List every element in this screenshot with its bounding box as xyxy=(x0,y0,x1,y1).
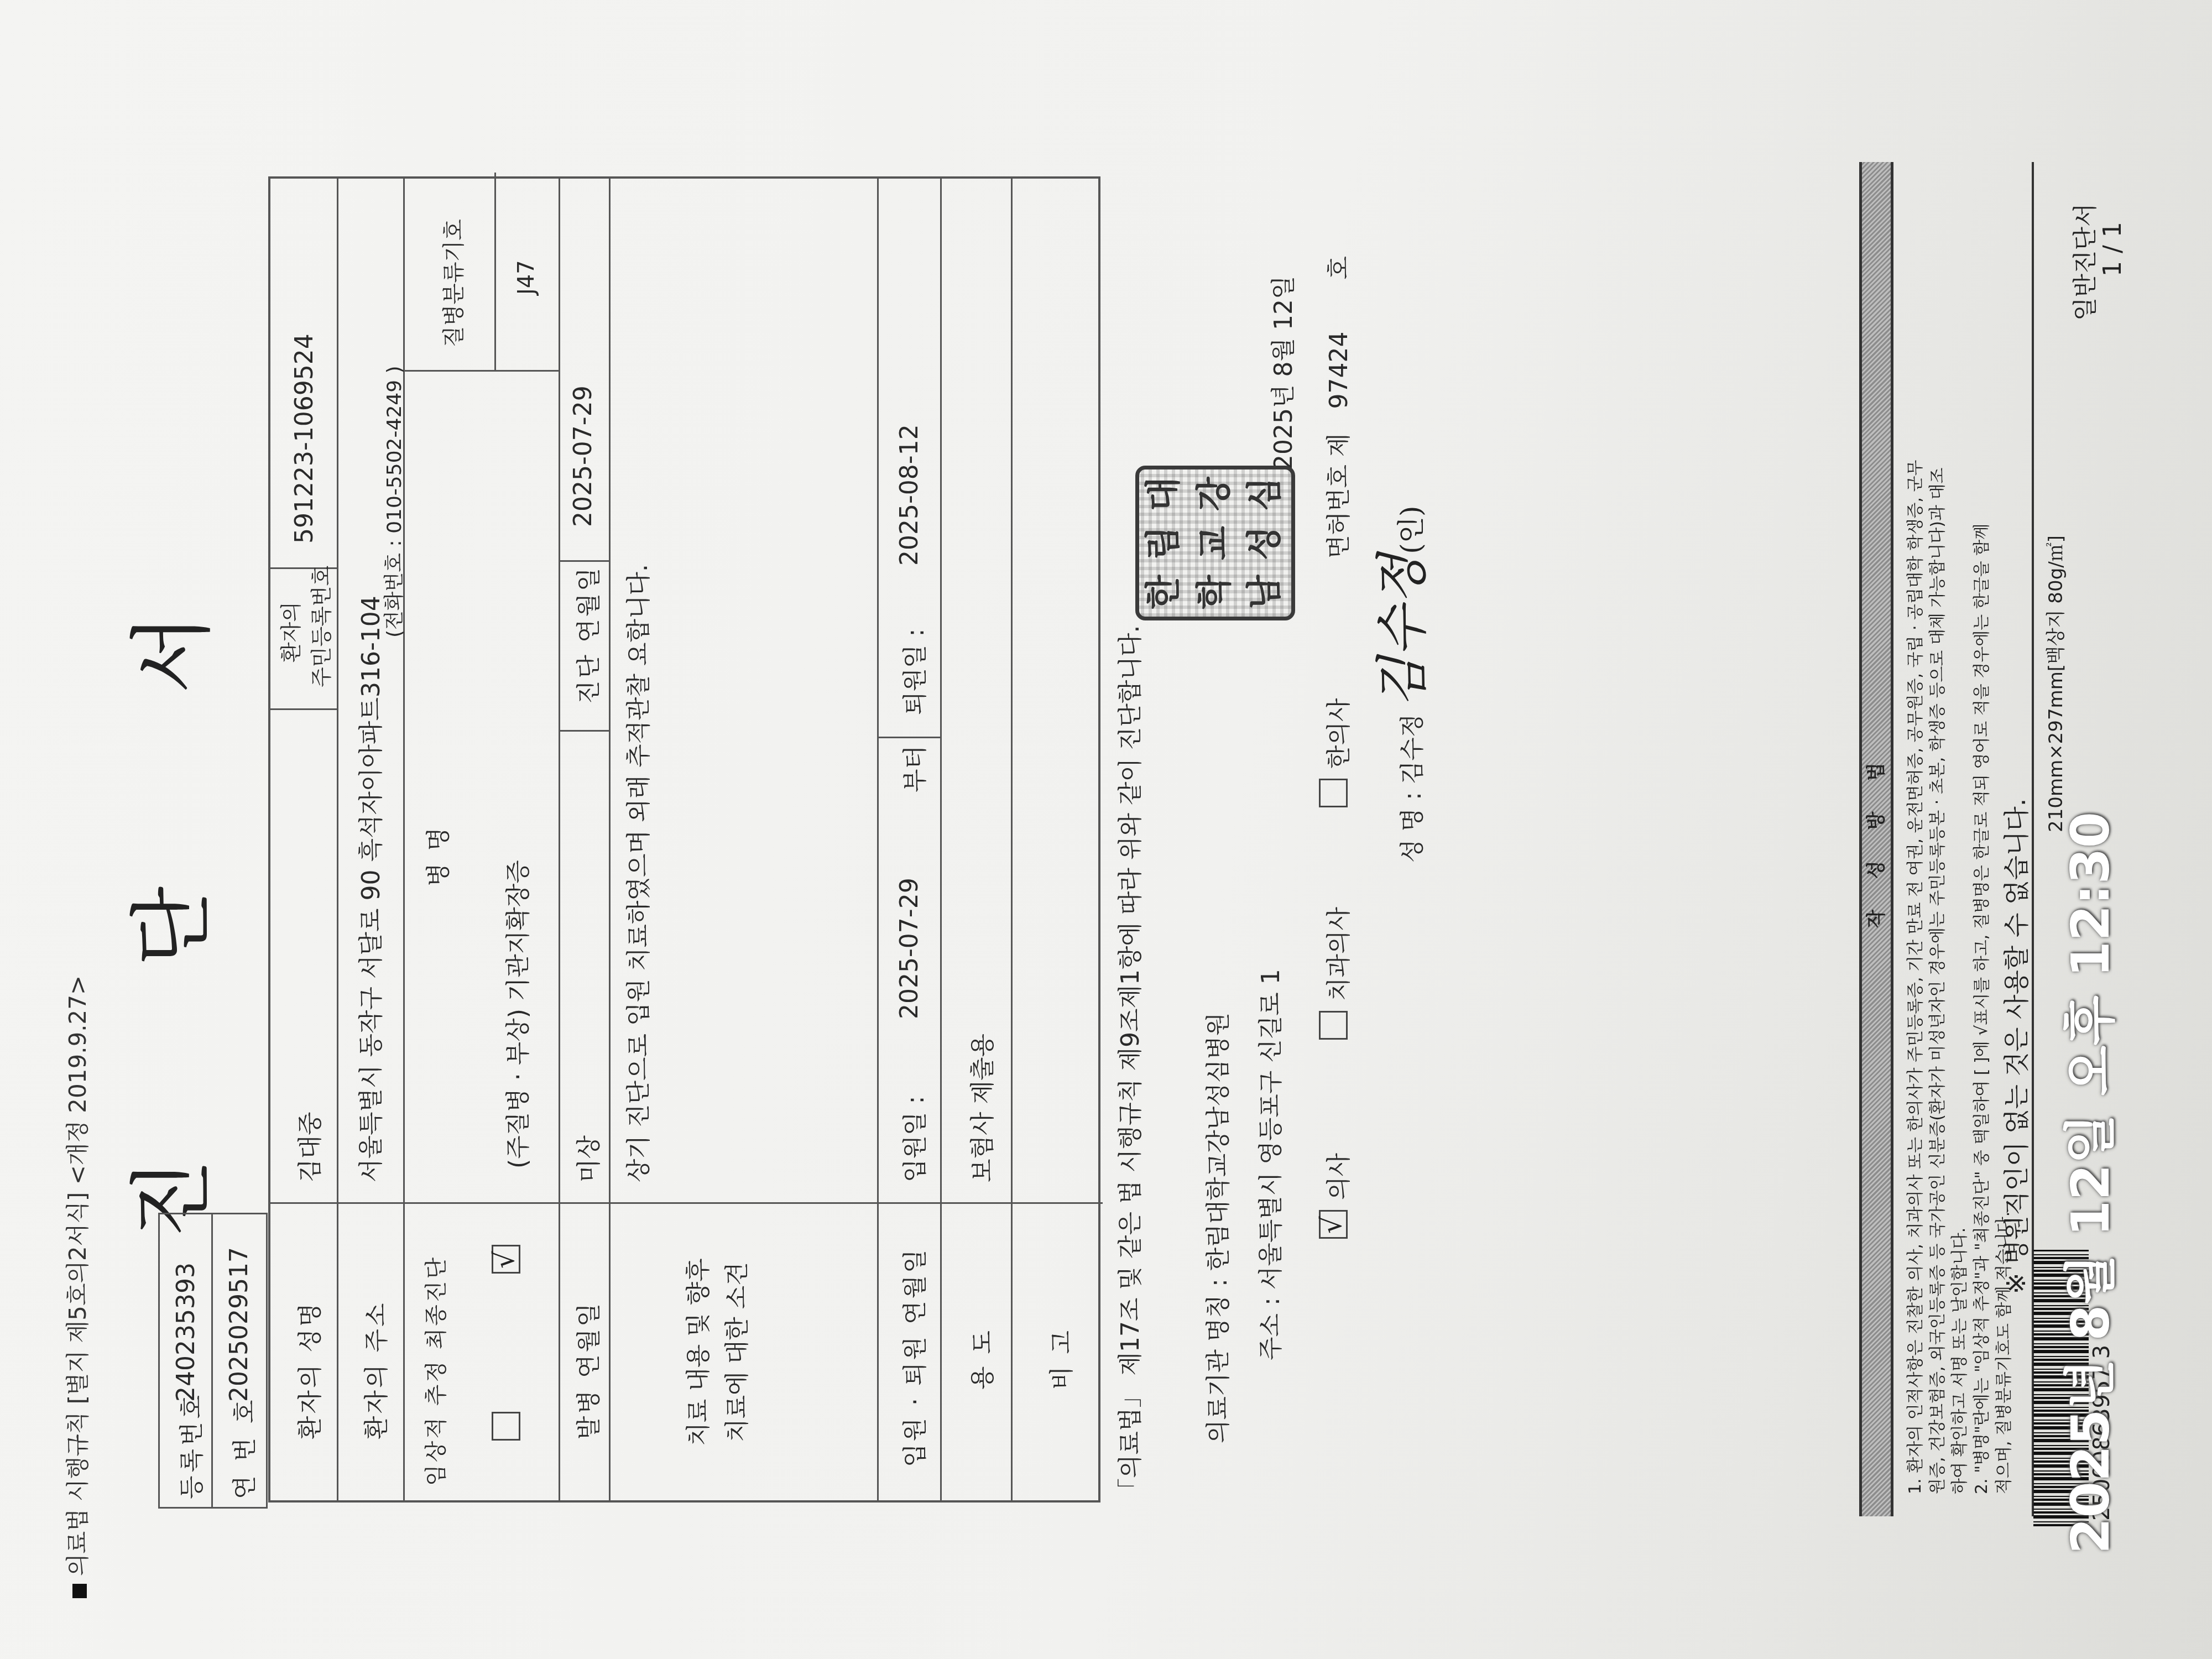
doctor-checkbox[interactable]: √ xyxy=(1319,1210,1348,1239)
institution-name: 한림대학교강남성심병원 xyxy=(1204,1013,1233,1271)
checkmark-icon: √ xyxy=(1315,1216,1348,1234)
usage-value: 보험사 제출용 xyxy=(963,1034,998,1182)
dentist-checkbox[interactable] xyxy=(1319,1011,1348,1040)
disease-name-label: 병 명 xyxy=(419,825,454,886)
admit-label: 입원일 : xyxy=(895,1096,931,1182)
patient-name-value: 김대중 xyxy=(290,1112,326,1182)
oriental-doctor-option-label: 한의사 xyxy=(1319,698,1354,769)
photo-timestamp-overlay: 2025년 8월 12일 오후 12:30 xyxy=(2049,812,2124,1554)
admit-date: 2025-07-29 xyxy=(895,878,924,1019)
hospital-seal-stamp: 한 림 대 학 교 강 남 성 심 xyxy=(1135,466,1295,620)
onset-date-label: 발병 연월일 xyxy=(569,1301,604,1439)
license-number: 면허번호 제 97424 호 xyxy=(1319,256,1354,559)
registration-box: 등록번호 240235393 연 번 호 2025029517 xyxy=(158,1213,268,1509)
patient-name-label: 환자의 성명 xyxy=(290,1301,326,1439)
serial-row: 연 번 호 2025029517 xyxy=(213,1214,266,1507)
institution-address: 주소 : 서울특별시 영등포구 신길로 1 xyxy=(1251,969,1286,1360)
document-type: 일반진단서 xyxy=(2065,203,2101,321)
page-number: 1 / 1 xyxy=(2099,222,2127,276)
square-bullet-icon xyxy=(72,1584,87,1598)
diagnosis-date-value: 2025-07-29 xyxy=(569,385,597,527)
treatment-label: 치료 내용 및 향후 치료에 대한 소견 xyxy=(680,1204,757,1500)
dentist-option-label: 치과의사 xyxy=(1319,907,1354,1001)
rrn-value: 591223-1069524 xyxy=(290,333,319,544)
doctor-option-label: 의사 xyxy=(1319,1153,1354,1200)
checkmark-icon: √ xyxy=(488,1251,521,1269)
paper-size: 210mm×297mm[백상지 80g/㎡] xyxy=(2041,535,2068,832)
admission-period-label: 입원 · 퇴원 연월일 xyxy=(895,1248,931,1467)
disease-name-value: (주질병 · 부상) 기관지확장증 xyxy=(498,860,534,1168)
medical-certificate-page: 의료법 시행규칙 [별지 제5호의2서식] <개정 2019.9.27> 진 단… xyxy=(0,0,2212,1659)
certification-statement: 「의료법」 제17조 및 같은 법 시행규칙 제9조제1항에 따라 위와 같이 … xyxy=(1110,625,1146,1503)
oriental-doctor-checkbox[interactable] xyxy=(1319,779,1348,807)
seal-notice: ※ 병원직인이 없는 것은 사용할 수 없습니다. xyxy=(1996,799,2033,1294)
diagnosis-date-label: 진단 연월일 xyxy=(569,565,604,704)
patient-address-value: 서울특별시 동작구 서달로 90 흑석자이아파트316-104 xyxy=(351,596,387,1182)
admit-from: 부터 xyxy=(895,745,931,792)
signer-name: 성 명 : 김수정 xyxy=(1392,714,1428,863)
remarks-label: 비 고 xyxy=(1042,1328,1077,1390)
disease-code-label: 질병분류기호 xyxy=(436,219,468,347)
discharge-date: 2025-08-12 xyxy=(895,424,924,566)
reg-no-value: 240235393 xyxy=(172,1262,200,1402)
document-title: 진 단 서 xyxy=(105,907,225,1239)
instruction-line: 원증, 건강보험증, 외국인등록증 등 국가공인 신분증(환자가 미성년자인 경… xyxy=(1927,460,1949,1494)
serial-value: 2025029517 xyxy=(225,1247,253,1402)
rrn-label: 환자의 주민등록번호 xyxy=(274,577,335,687)
final-diagnosis-checkbox[interactable]: √ xyxy=(492,1245,520,1274)
certificate-table: 환자의 성명 김대중 환자의 주민등록번호 591223-1069524 환자의… xyxy=(268,176,1100,1503)
doctor-signature: 김수정(인) xyxy=(1360,505,1436,708)
discharge-label: 퇴원일 : xyxy=(895,629,931,715)
patient-phone: (전화번호 : 010-5502-4249 ) xyxy=(379,366,407,638)
instructions-heading: 작 성 방 법 xyxy=(1859,162,1893,1516)
reg-no-label: 등록번호 xyxy=(172,1392,207,1499)
usage-label: 용 도 xyxy=(963,1328,998,1390)
instruction-line: 2. "병명"란에는 "임상적 추정"과 "최종진단" 중 택일하여 [ ]에 … xyxy=(1971,460,1993,1494)
onset-date-value: 미상 xyxy=(569,1135,604,1182)
instruction-line: 하여 확인하고 서명 또는 날인합니다. xyxy=(1949,460,1971,1494)
diagnosis-type-label: 임상적 추정 최종진단 xyxy=(419,1255,450,1486)
treatment-opinion: 상기 진단으로 입원 치료하였으며 외래 추적관찰 요합니다. xyxy=(619,564,654,1182)
disease-code-value: J47 xyxy=(514,260,539,295)
reg-no-row: 등록번호 240235393 xyxy=(160,1214,213,1507)
serial-label: 연 번 호 xyxy=(225,1397,260,1499)
clinical-estimate-checkbox[interactable] xyxy=(492,1412,520,1441)
institution: 의료기관 명칭 : 한림대학교강남성심병원 xyxy=(1198,1013,1234,1443)
issue-date: 2025년 8월 12일 xyxy=(1264,276,1299,470)
form-reference: 의료법 시행규칙 [별지 제5호의2서식] <개정 2019.9.27> xyxy=(60,975,93,1598)
instruction-line: 1. 환자의 인적사항은 진찰한 의사, 치과의사 또는 한의사가 주민등록증,… xyxy=(1905,460,1927,1494)
patient-address-label: 환자의 주소 xyxy=(357,1301,392,1439)
